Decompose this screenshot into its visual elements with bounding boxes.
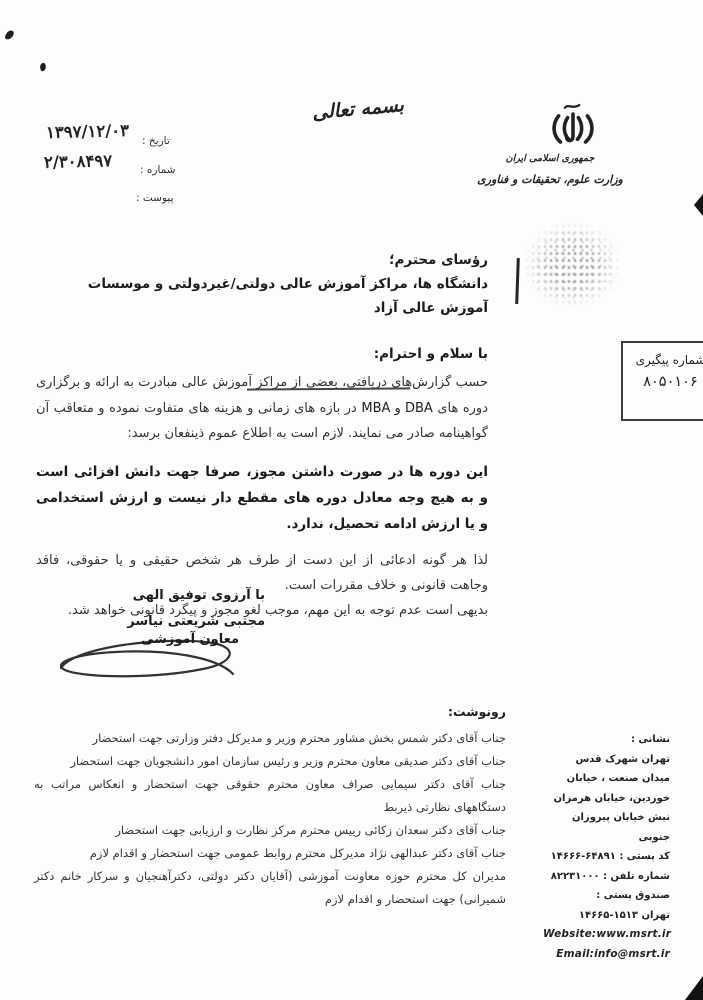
paragraph-1: حسب گزارش‌های دریافتی، بعضی از مراکز آمو… (36, 370, 488, 447)
address-line: نبش خیابان پیروزان جنوبی (543, 808, 670, 847)
signer-name-wrap: مجتبی شریعتی نیاسر (55, 614, 265, 629)
signature-block: با آرزوی توفیق الهی مجتبی شریعتی نیاسر م… (55, 588, 265, 647)
cc-item: جناب آقای دکتر عبدالهی نژاد مدیرکل محترم… (34, 842, 506, 865)
recipient-line-2: دانشگاه ها، مراکز آموزش عالی دولتی/غیردو… (36, 272, 488, 320)
paragraph-2-emphasis: این دوره ها در صورت داشتن مجوز، صرفا جهت… (36, 459, 488, 537)
contact-info-block: نشانی : تهران شهرک قدس میدان صنعت ، خیاب… (543, 730, 670, 964)
postal-code-label: کد پستی : (619, 851, 670, 862)
pobox-line: تهران ۱۴۶۶۵-۱۵۱۳ (543, 906, 670, 926)
website-text: Website:www.msrt.ir (543, 925, 670, 945)
phone-label: شماره تلفن : (603, 871, 670, 882)
postal-code-value: ۱۴۶۶۶-۶۴۸۹۱ (551, 847, 616, 867)
scan-edge-mark (685, 976, 703, 1000)
scanned-letter-page: تاریخ : ۱۳۹۷/۱۲/۰۳ شماره : ۲/۳۰۸۴۹۷ پیوس… (0, 0, 703, 1000)
number-value: ۲/۳۰۸۴۹۷ (44, 151, 113, 172)
phone-line: شماره تلفن : ۸۲۲۳۱۰۰۰ (543, 867, 670, 887)
scan-edge-mark (694, 194, 703, 216)
iran-allah-emblem-icon (546, 100, 600, 148)
scan-speck (39, 62, 47, 71)
pobox-label: صندوق پستی : (543, 886, 670, 906)
stamp-mark (515, 258, 520, 304)
signer-name: مجتبی شریعتی نیاسر (127, 614, 265, 629)
letter-body: رؤسای محترم؛ دانشگاه ها، مراکز آموزش عال… (36, 248, 488, 623)
bismillah-calligraphy: بسمه تعالی (282, 92, 433, 127)
address-label: نشانی : (543, 730, 670, 750)
ministry-name-line: وزارت علوم، تحقیقات و فناوری (450, 173, 650, 186)
cc-item: مدیران کل محترم حوزه معاونت آموزشی (آقای… (34, 865, 506, 911)
postal-code-line: کد پستی : ۱۴۶۶۶-۶۴۸۹۱ (543, 847, 670, 867)
attachment-label: پیوست : (136, 192, 174, 204)
signature-prayer: با آرزوی توفیق الهی (55, 588, 265, 603)
cc-item: جناب آقای دکتر صدیقی معاون محترم وزیر و … (34, 750, 506, 773)
cc-section: رونوشت: جناب آقای دکتر شمس بخش مشاور محت… (34, 700, 506, 911)
tracking-number-label: شماره پیگیری (623, 353, 703, 367)
pobox-value: ۱۴۶۶۵-۱۵۱۳ (579, 906, 638, 926)
tracking-number-value: ۸۰۵۰۱۰۶ (643, 374, 698, 390)
address-line: میدان صنعت ، خیابان (543, 769, 670, 789)
date-value: ۱۳۹۷/۱۲/۰۳ (46, 121, 129, 142)
cc-item: جناب آقای دکتر سعدان زکائی رییس محترم مر… (34, 819, 506, 842)
signer-title: معاون آموزشی (55, 632, 265, 647)
cc-item: جناب آقای دکتر سیمایی صراف معاون محترم ح… (34, 773, 506, 819)
date-label: تاریخ : (142, 135, 170, 147)
official-stamp (524, 222, 620, 308)
scan-speck (4, 29, 15, 41)
salutation: با سلام و احترام: (36, 342, 488, 367)
address-line: تهران شهرک قدس (543, 750, 670, 770)
cc-heading: رونوشت: (34, 700, 506, 723)
email-text: Email:info@msrt.ir (543, 945, 670, 965)
tracking-number-box: شماره پیگیری ۸۰۵۰۱۰۶ (621, 341, 703, 421)
government-name-line: جمهوری اسلامی ایران (465, 153, 635, 164)
recipient-line-1: رؤسای محترم؛ (36, 248, 488, 272)
phone-value: ۸۲۲۳۱۰۰۰ (551, 867, 600, 887)
cc-item: جناب آقای دکتر شمس بخش مشاور محترم وزیر … (34, 727, 506, 750)
address-line: خوردین، خیابان هرمزان (543, 789, 670, 809)
mba-dba-terms: MBA و DBA (361, 396, 432, 422)
number-label: شماره : (140, 164, 176, 176)
pobox-city: تهران (641, 910, 670, 921)
